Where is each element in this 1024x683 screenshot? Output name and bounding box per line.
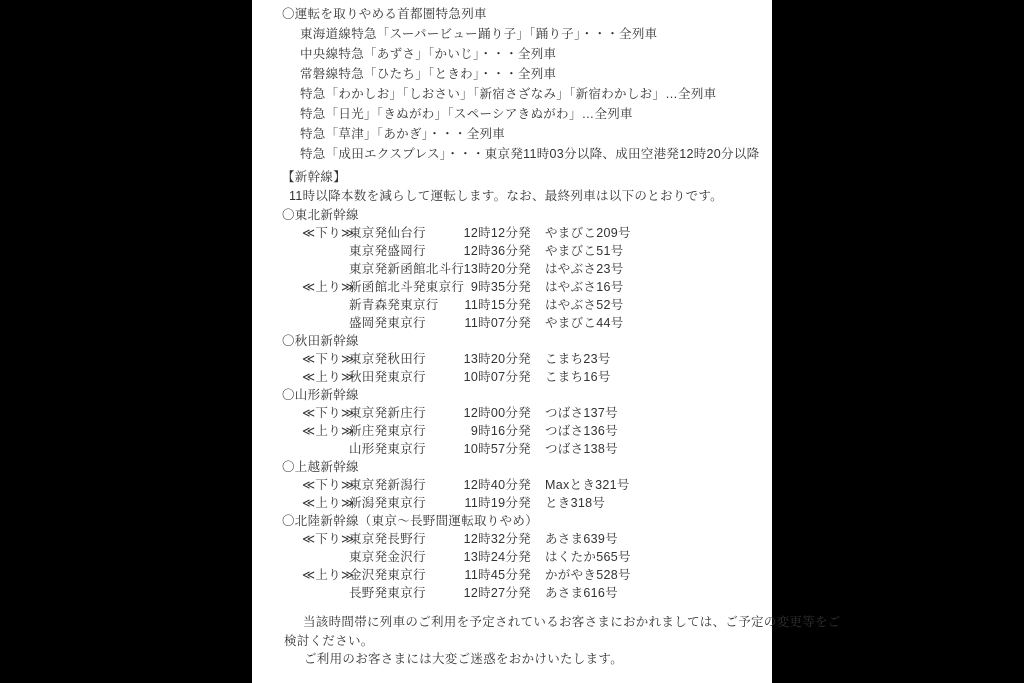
direction-label: ≪下り≫ [302, 404, 349, 422]
direction-label: ≪上り≫ [302, 566, 349, 584]
direction-label [302, 242, 349, 260]
train-name: あさま616号 [545, 584, 618, 602]
train-row: 山形発東京行 10時57分発 つばさ138号 [282, 440, 772, 458]
route-text: 長野発東京行 [349, 584, 461, 602]
train-row: 新青森発東京行 11時15分発 はやぶさ52号 [282, 296, 772, 314]
train-name: こまち23号 [545, 350, 611, 368]
departure-time: 11時19分発 [461, 494, 531, 512]
train-name: こまち16号 [545, 368, 611, 386]
suspended-train-item: 特急「日光」「きぬがわ」「スペーシアきぬがわ」…全列車 [300, 104, 772, 124]
route-text: 秋田発東京行 [349, 368, 461, 386]
departure-time: 11時07分発 [461, 314, 531, 332]
train-row: ≪上り≫ 新函館北斗発東京行 9時35分発 はやぶさ16号 [282, 278, 772, 296]
direction-label: ≪上り≫ [302, 278, 349, 296]
departure-time: 9時35分発 [461, 278, 531, 296]
train-row: 盛岡発東京行 11時07分発 やまびこ44号 [282, 314, 772, 332]
route-text: 東京発新潟行 [349, 476, 461, 494]
train-row: ≪上り≫ 金沢発東京行 11時45分発 かがやき528号 [282, 566, 772, 584]
train-name: やまびこ51号 [545, 242, 624, 260]
suspended-train-item: 特急「成田エクスプレス」・・・東京発11時03分以降、成田空港発12時20分以降 [300, 144, 772, 164]
departure-time: 13時20分発 [461, 350, 531, 368]
departure-time: 12時32分発 [461, 530, 531, 548]
shinkansen-intro-text: 11時以降本数を減らして運転します。なお、最終列車は以下のとおりです。 [282, 187, 772, 206]
train-row: ≪上り≫ 秋田発東京行 10時07分発 こまち16号 [282, 368, 772, 386]
route-text: 東京発新庄行 [349, 404, 461, 422]
akita-shinkansen-group: 〇秋田新幹線 ≪下り≫ 東京発秋田行 13時20分発 こまち23号 ≪上り≫ 秋… [282, 332, 772, 386]
closing-line: 検討ください。 [282, 632, 772, 651]
direction-label [302, 548, 349, 566]
direction-label: ≪上り≫ [302, 494, 349, 512]
departure-time: 10時07分発 [461, 368, 531, 386]
direction-label: ≪上り≫ [302, 368, 349, 386]
train-name: Maxとき321号 [545, 476, 630, 494]
line-name-heading: 〇東北新幹線 [282, 206, 772, 224]
departure-time: 12時36分発 [461, 242, 531, 260]
train-name: はくたか565号 [545, 548, 631, 566]
suspended-train-item: 特急「草津」「あかぎ」・・・全列車 [300, 124, 772, 144]
direction-label: ≪下り≫ [302, 224, 349, 242]
train-name: とき318号 [545, 494, 605, 512]
train-row: ≪上り≫ 新庄発東京行 9時16分発 つばさ136号 [282, 422, 772, 440]
departure-time: 12時12分発 [461, 224, 531, 242]
departure-time: 11時45分発 [461, 566, 531, 584]
route-text: 新青森発東京行 [349, 296, 461, 314]
departure-time: 13時20分発 [461, 260, 531, 278]
suspended-train-item: 特急「わかしお」「しおさい」「新宿さざなみ」「新宿わかしお」…全列車 [300, 84, 772, 104]
closing-line: 当該時間帯に列車のご利用を予定されているお客さまにおかれましては、ご予定の変更等… [282, 613, 772, 632]
route-text: 東京発盛岡行 [349, 242, 461, 260]
departure-time: 12時27分発 [461, 584, 531, 602]
train-name: かがやき528号 [545, 566, 631, 584]
train-row: 東京発新函館北斗行 13時20分発 はやぶさ23号 [282, 260, 772, 278]
route-text: 盛岡発東京行 [349, 314, 461, 332]
direction-label [302, 314, 349, 332]
route-text: 東京発秋田行 [349, 350, 461, 368]
line-name-heading: 〇上越新幹線 [282, 458, 772, 476]
departure-time: 13時24分発 [461, 548, 531, 566]
hokuriku-shinkansen-group: 〇北陸新幹線（東京～長野間運転取りやめ） ≪下り≫ 東京発長野行 12時32分発… [282, 512, 772, 602]
train-name: あさま639号 [545, 530, 618, 548]
direction-label: ≪下り≫ [302, 350, 349, 368]
route-text: 金沢発東京行 [349, 566, 461, 584]
route-text: 東京発金沢行 [349, 548, 461, 566]
route-text: 新潟発東京行 [349, 494, 461, 512]
suspended-section-heading: 〇運転を取りやめる首都圏特急列車 [282, 4, 772, 24]
suspended-train-item: 常磐線特急「ひたち」「ときわ」・・・全列車 [300, 64, 772, 84]
route-text: 東京発新函館北斗行 [349, 260, 461, 278]
train-name: つばさ138号 [545, 440, 618, 458]
train-row: 東京発金沢行 13時24分発 はくたか565号 [282, 548, 772, 566]
train-name: はやぶさ23号 [545, 260, 624, 278]
route-text: 東京発仙台行 [349, 224, 461, 242]
train-name: つばさ136号 [545, 422, 618, 440]
line-name-heading: 〇山形新幹線 [282, 386, 772, 404]
train-name: つばさ137号 [545, 404, 618, 422]
line-name-heading: 〇北陸新幹線（東京～長野間運転取りやめ） [282, 512, 772, 530]
train-name: はやぶさ16号 [545, 278, 624, 296]
train-name: やまびこ44号 [545, 314, 624, 332]
document-page: 〇運転を取りやめる首都圏特急列車 東海道線特急「スーパービュー踊り子」「踊り子」… [252, 0, 772, 683]
train-row: ≪下り≫ 東京発秋田行 13時20分発 こまち23号 [282, 350, 772, 368]
closing-paragraph: 当該時間帯に列車のご利用を予定されているお客さまにおかれましては、ご予定の変更等… [282, 613, 772, 669]
yamagata-shinkansen-group: 〇山形新幹線 ≪下り≫ 東京発新庄行 12時00分発 つばさ137号 ≪上り≫ … [282, 386, 772, 458]
departure-time: 9時16分発 [461, 422, 531, 440]
train-name: はやぶさ52号 [545, 296, 624, 314]
direction-label [302, 584, 349, 602]
train-row: ≪下り≫ 東京発仙台行 12時12分発 やまびこ209号 [282, 224, 772, 242]
departure-time: 12時40分発 [461, 476, 531, 494]
suspended-trains-section: 〇運転を取りやめる首都圏特急列車 東海道線特急「スーパービュー踊り子」「踊り子」… [282, 4, 772, 164]
departure-time: 12時00分発 [461, 404, 531, 422]
departure-time: 11時15分発 [461, 296, 531, 314]
train-row: ≪下り≫ 東京発長野行 12時32分発 あさま639号 [282, 530, 772, 548]
train-row: ≪下り≫ 東京発新潟行 12時40分発 Maxとき321号 [282, 476, 772, 494]
direction-label: ≪上り≫ [302, 422, 349, 440]
suspended-train-item: 中央線特急「あずさ」「かいじ」・・・全列車 [300, 44, 772, 64]
direction-label [302, 440, 349, 458]
closing-line: ご利用のお客さまには大変ご迷惑をおかけいたします。 [282, 650, 772, 669]
direction-label [302, 296, 349, 314]
route-text: 新函館北斗発東京行 [349, 278, 461, 296]
joetsu-shinkansen-group: 〇上越新幹線 ≪下り≫ 東京発新潟行 12時40分発 Maxとき321号 ≪上り… [282, 458, 772, 512]
route-text: 山形発東京行 [349, 440, 461, 458]
train-name: やまびこ209号 [545, 224, 631, 242]
shinkansen-section-heading: 【新幹線】 [282, 168, 772, 187]
route-text: 新庄発東京行 [349, 422, 461, 440]
train-row: 東京発盛岡行 12時36分発 やまびこ51号 [282, 242, 772, 260]
train-row: ≪上り≫ 新潟発東京行 11時19分発 とき318号 [282, 494, 772, 512]
train-row: ≪下り≫ 東京発新庄行 12時00分発 つばさ137号 [282, 404, 772, 422]
direction-label: ≪下り≫ [302, 530, 349, 548]
route-text: 東京発長野行 [349, 530, 461, 548]
direction-label: ≪下り≫ [302, 476, 349, 494]
train-row: 長野発東京行 12時27分発 あさま616号 [282, 584, 772, 602]
shinkansen-section: 【新幹線】 11時以降本数を減らして運転します。なお、最終列車は以下のとおりです… [282, 168, 772, 602]
line-name-heading: 〇秋田新幹線 [282, 332, 772, 350]
suspended-train-item: 東海道線特急「スーパービュー踊り子」「踊り子」・・・全列車 [300, 24, 772, 44]
tohoku-shinkansen-group: 〇東北新幹線 ≪下り≫ 東京発仙台行 12時12分発 やまびこ209号 東京発盛… [282, 206, 772, 332]
direction-label [302, 260, 349, 278]
departure-time: 10時57分発 [461, 440, 531, 458]
